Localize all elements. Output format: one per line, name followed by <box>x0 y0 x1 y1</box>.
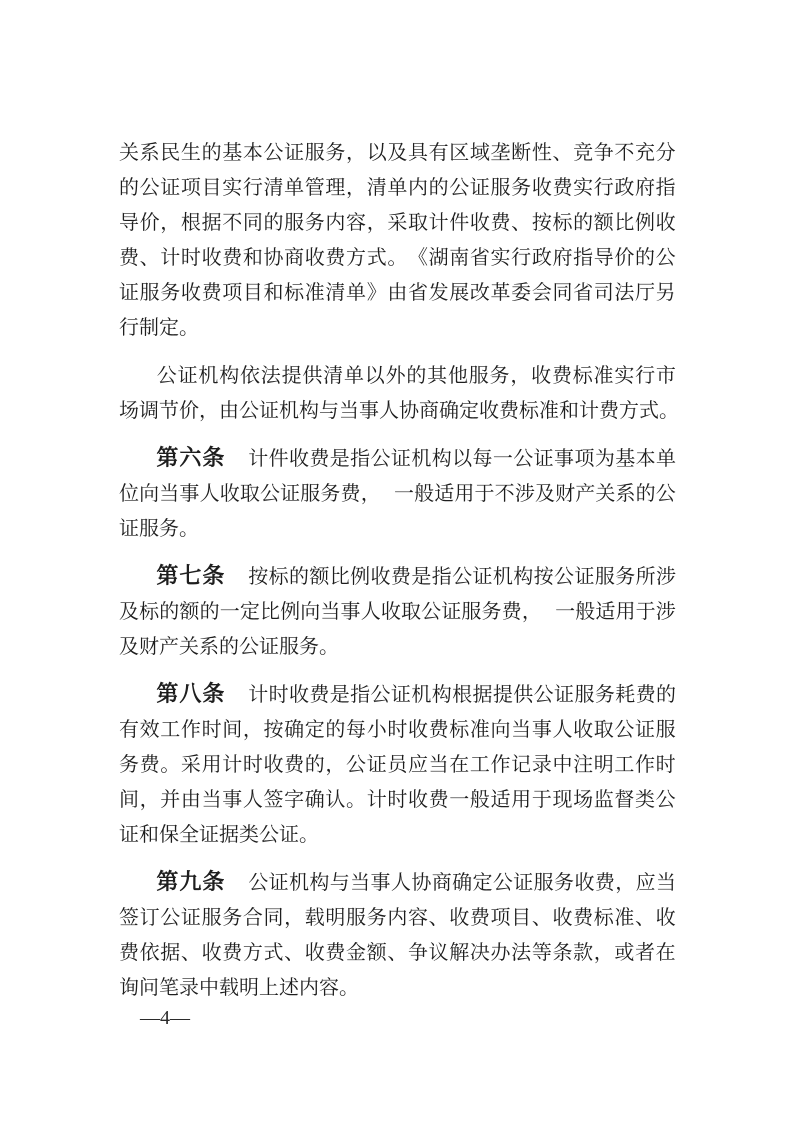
text-line: 及财产关系的公证服务。 <box>119 627 676 662</box>
article-9: 第九条公证机构与当事人协商确定公证服务收费，应当签订公证服务合同，载明服务内容、… <box>119 863 676 1003</box>
article-term: 第九条 <box>156 865 225 896</box>
para-continuation: 关系民生的基本公证服务，以及具有区域垄断性、竞争不充分的公证项目实行清单管理，清… <box>119 133 676 343</box>
para-market-adjusted-price: 公证机构依法提供清单以外的其他服务，收费标准实行市场调节价，由公证机构与当事人协… <box>119 356 676 426</box>
text-line: 签订公证服务合同，载明服务内容、收费项目、收费标准、收 <box>119 898 676 933</box>
document-page: 关系民生的基本公证服务，以及具有区域垄断性、竞争不充分的公证项目实行清单管理，清… <box>0 0 793 1122</box>
article-term: 第六条 <box>156 441 225 472</box>
text-line: 证服务收费项目和标准清单》由省发展改革委会同省司法厅另 <box>119 273 676 308</box>
text-line: 的公证项目实行清单管理，清单内的公证服务收费实行政府指 <box>119 168 676 203</box>
text-line: 证和保全证据类公证。 <box>119 815 676 850</box>
text-line: 关系民生的基本公证服务，以及具有区域垄断性、竞争不充分 <box>119 133 676 168</box>
text-line: 第九条公证机构与当事人协商确定公证服务收费，应当 <box>119 863 676 898</box>
document-body: 关系民生的基本公证服务，以及具有区域垄断性、竞争不充分的公证项目实行清单管理，清… <box>119 133 676 1003</box>
article-term: 第七条 <box>156 559 225 590</box>
text-line: 导价，根据不同的服务内容，采取计件收费、按标的额比例收 <box>119 203 676 238</box>
text-line: 证服务。 <box>119 509 676 544</box>
text-line: 间，并由当事人签字确认。计时收费一般适用于现场监督类公 <box>119 780 676 815</box>
text-line: 行制定。 <box>119 308 676 343</box>
text-line: 第六条计件收费是指公证机构以每一公证事项为基本单 <box>119 439 676 474</box>
text-line: 费、计时收费和协商收费方式。《湖南省实行政府指导价的公 <box>119 238 676 273</box>
text-line: 有效工作时间，按确定的每小时收费标准向当事人收取公证服 <box>119 710 676 745</box>
article-6: 第六条计件收费是指公证机构以每一公证事项为基本单位向当事人收取公证服务费，一般适… <box>119 439 676 544</box>
text-line: 场调节价，由公证机构与当事人协商确定收费标准和计费方式。 <box>119 391 676 426</box>
text-line: 及标的额的一定比例向当事人收取公证服务费，一般适用于涉 <box>119 592 676 627</box>
text-line: 位向当事人收取公证服务费，一般适用于不涉及财产关系的公 <box>119 474 676 509</box>
text-line: 务费。采用计时收费的，公证员应当在工作记录中注明工作时 <box>119 745 676 780</box>
text-line: 第八条计时收费是指公证机构根据提供公证服务耗费的 <box>119 675 676 710</box>
text-line: 公证机构依法提供清单以外的其他服务，收费标准实行市 <box>119 356 676 391</box>
article-8: 第八条计时收费是指公证机构根据提供公证服务耗费的有效工作时间，按确定的每小时收费… <box>119 675 676 850</box>
article-7: 第七条按标的额比例收费是指公证机构按公证服务所涉及标的额的一定比例向当事人收取公… <box>119 557 676 662</box>
article-term: 第八条 <box>156 677 225 708</box>
text-line: 询问笔录中载明上述内容。 <box>119 968 676 1003</box>
text-line: 费依据、收费方式、收费金额、争议解决办法等条款，或者在 <box>119 933 676 968</box>
text-line: 第七条按标的额比例收费是指公证机构按公证服务所涉 <box>119 557 676 592</box>
page-number: —4— <box>140 1007 190 1030</box>
